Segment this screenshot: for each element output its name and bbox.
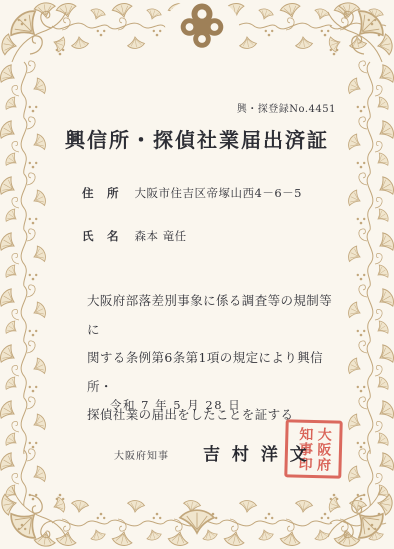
- certificate-title: 興信所・探偵社業届出済証: [0, 124, 394, 153]
- registration-number: 興・探登録No.4451: [237, 100, 336, 115]
- address-label: 住 所: [82, 185, 120, 201]
- name-row: 氏 名 森本 竜任: [82, 228, 187, 244]
- seal-text-right-column: 大阪府: [314, 427, 331, 472]
- issuer-name-signature: 吉 村 洋 文: [203, 440, 310, 465]
- address-value: 大阪市住吉区帝塚山西4－6－5: [135, 185, 302, 201]
- certificate-page: 興・探登録No.4451 興信所・探偵社業届出済証 住 所 大阪市住吉区帝塚山西…: [0, 0, 394, 549]
- body-line-2: 関する条例第6条第1項の規定により興信所・: [87, 344, 341, 401]
- name-value: 森本 竜任: [135, 228, 187, 244]
- issue-date: 令和 7 年 5 月 28 日: [110, 397, 241, 413]
- address-row: 住 所 大阪市住吉区帝塚山西4－6－5: [82, 185, 302, 201]
- osaka-prefecture-emblem-icon: [181, 4, 224, 48]
- body-line-1: 大阪府部落差別事象に係る調査等の規制等に: [87, 287, 341, 344]
- name-label: 氏 名: [82, 228, 120, 244]
- issuer-title: 大阪府知事: [114, 447, 169, 462]
